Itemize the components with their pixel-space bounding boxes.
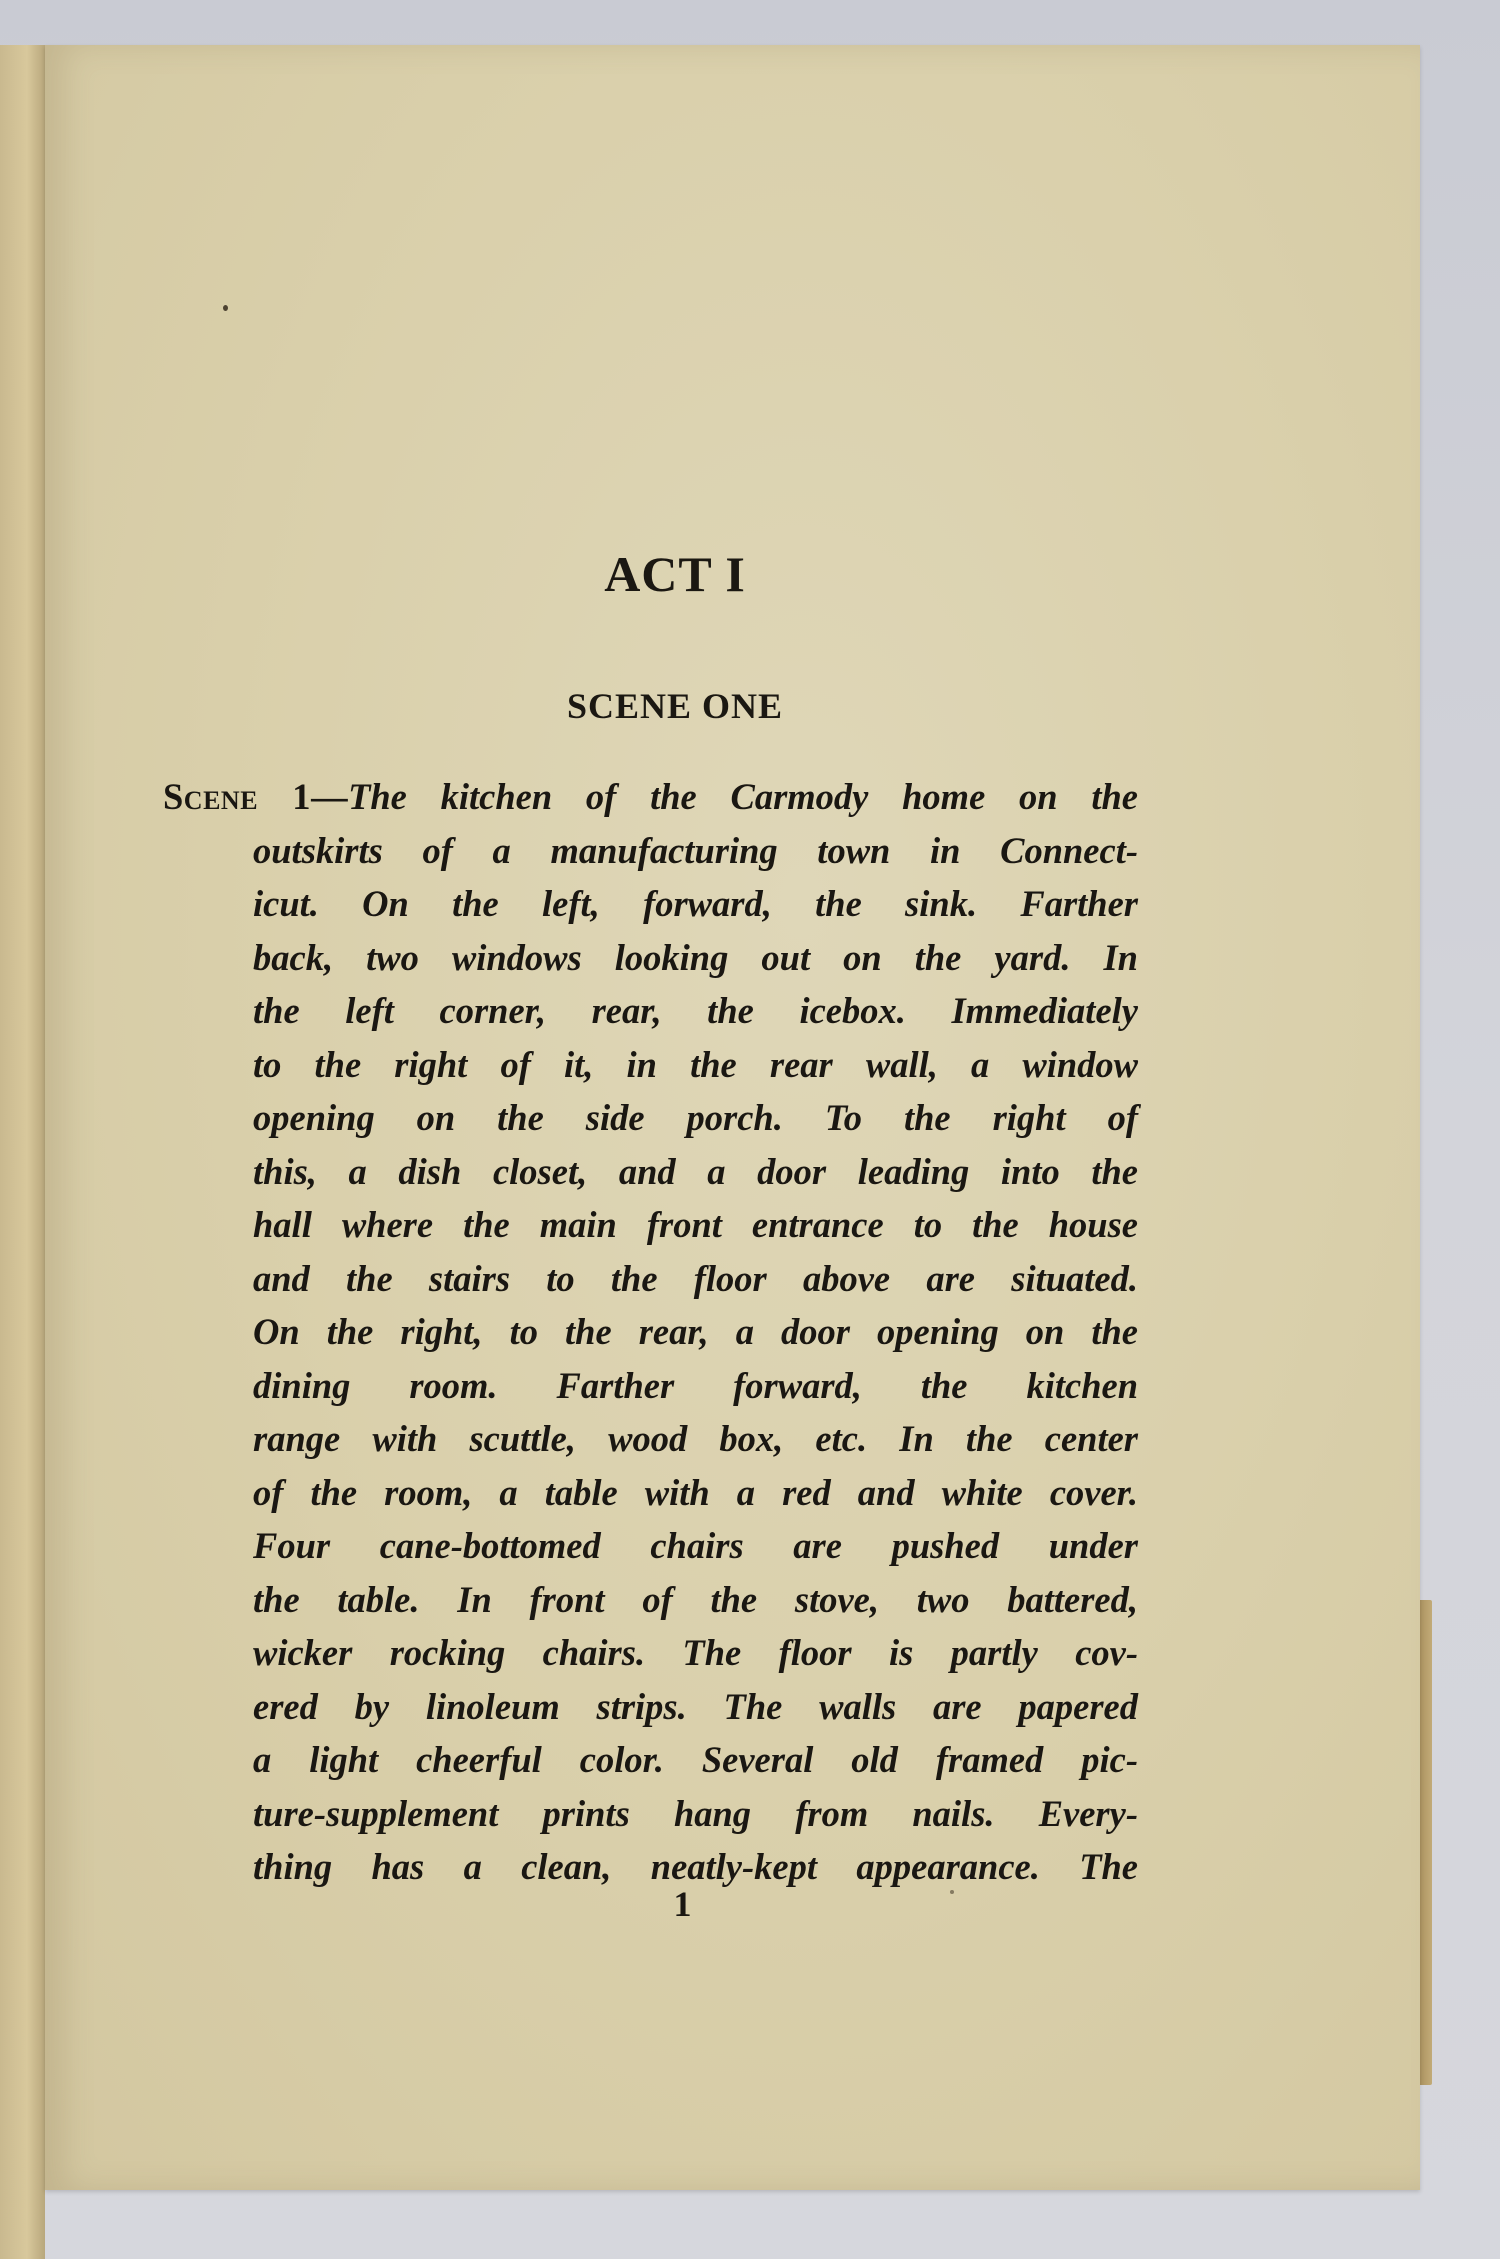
text-line: icut. On the left, forward, the sink. Fa… [163,877,1138,931]
text-line: of the room, a table with a red and whit… [163,1466,1138,1520]
act-heading: ACT I [45,545,1420,603]
scene-label: Scene 1 [163,776,311,817]
text-line: to the right of it, in the rear wall, a … [163,1038,1138,1092]
text-line: wicker rocking chairs. The floor is part… [163,1626,1138,1680]
text-line: range with scuttle, wood box, etc. In th… [163,1412,1138,1466]
text-line: this, a dish closet, and a door leading … [163,1145,1138,1199]
text-line: ture-supplement prints hang from nails. … [163,1787,1138,1841]
text-line: and the stairs to the floor above are si… [163,1252,1138,1306]
page-number: 1 [45,1883,1420,1925]
line-text: The kitchen of the Carmody home on the [348,776,1138,817]
stage-direction: Scene 1—The kitchen of the Carmody home … [163,770,1138,1894]
page-stack-edge [1418,1600,1432,2085]
scene-heading: SCENE ONE [45,685,1420,727]
text-line: dining room. Farther forward, the kitche… [163,1359,1138,1413]
text-line: hall where the main front entrance to th… [163,1198,1138,1252]
facing-page-edge [0,45,45,2259]
text-line: Scene 1—The kitchen of the Carmody home … [163,770,1138,824]
text-line: the table. In front of the stove, two ba… [163,1573,1138,1627]
text-line: back, two windows looking out on the yar… [163,931,1138,985]
text-line: On the right, to the rear, a door openin… [163,1305,1138,1359]
text-line: the left corner, rear, the icebox. Immed… [163,984,1138,1038]
em-dash: — [311,776,348,817]
text-line: a light cheerful color. Several old fram… [163,1733,1138,1787]
text-line: ered by linoleum strips. The walls are p… [163,1680,1138,1734]
text-line: opening on the side porch. To the right … [163,1091,1138,1145]
book-page: ACT I SCENE ONE Scene 1—The kitchen of t… [45,45,1420,2190]
text-line: outskirts of a manufacturing town in Con… [163,824,1138,878]
text-line: Four cane-bottomed chairs are pushed und… [163,1519,1138,1573]
paper-speck [223,305,228,311]
